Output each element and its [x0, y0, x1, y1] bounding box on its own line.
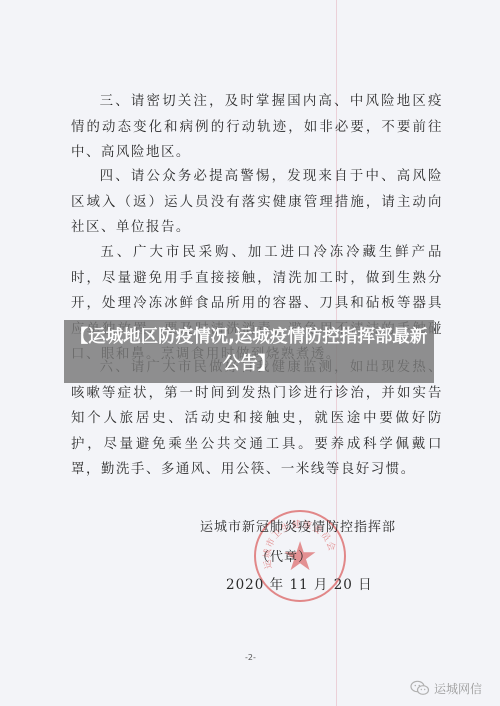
signature-organization: 运城市新冠肺炎疫情防控指挥部 [200, 516, 396, 535]
paragraph-4: 四、请公众务必提高警惕，发现来自于中、高风险区域入（返）运人员没有落实健康管理措… [71, 164, 443, 241]
banner-title: 【运城地区防疫情况,运城疫情防控指挥部最新公告】 [64, 324, 434, 378]
watermark-text: 运城网信 [434, 680, 482, 697]
paragraph-3: 三、请密切关注，及时掌握国内高、中风险地区疫情的动态变化和病例的行动轨迹，如非必… [71, 89, 443, 166]
watermark: 运城网信 [410, 676, 482, 700]
paragraph-3-text: 三、请密切关注，及时掌握国内高、中风险地区疫情的动态变化和病例的行动轨迹，如非必… [71, 94, 443, 160]
signature-date: 2020 年 11 月 20 日 [226, 573, 373, 593]
page-number: -2- [245, 653, 256, 662]
paragraph-4-text: 四、请公众务必提高警惕，发现来自于中、高风险区域入（返）运人员没有落实健康管理措… [71, 169, 443, 235]
signature-seal-note: （代章） [256, 546, 312, 565]
wechat-icon [410, 680, 430, 696]
title-banner: 【运城地区防疫情况,运城疫情防控指挥部最新公告】 [64, 320, 434, 383]
